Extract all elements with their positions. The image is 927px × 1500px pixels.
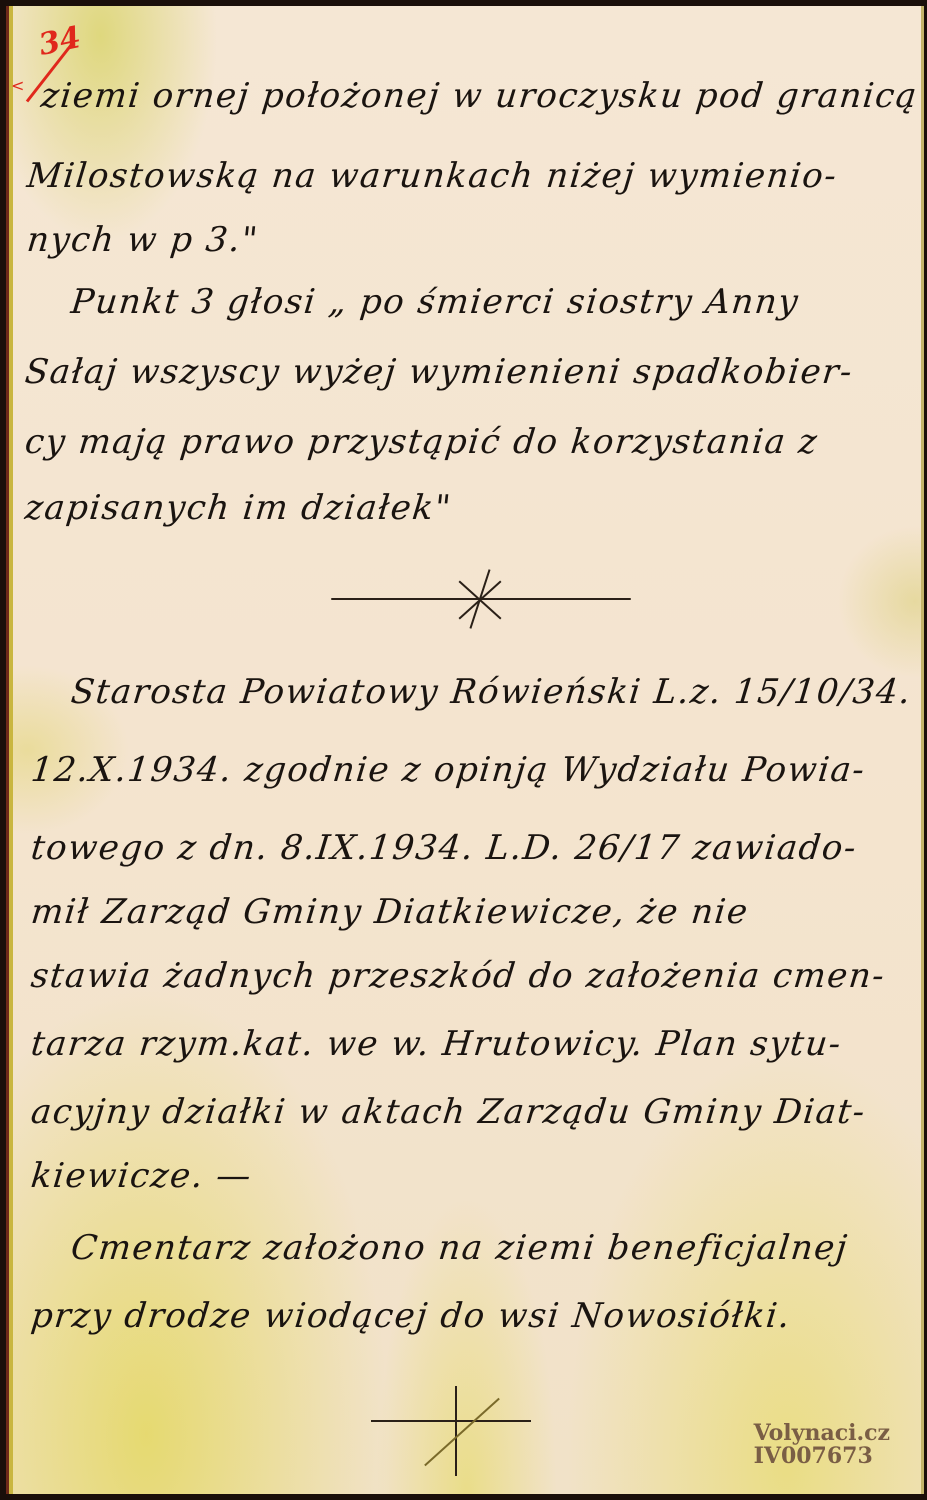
archive-watermark: Volynaci.cz IV007673 — [754, 1422, 890, 1468]
text-line: nych w p 3." — [25, 220, 908, 260]
end-cross-diagonal — [424, 1398, 500, 1466]
scanned-document-page: < 34 ziemi ornej położonej w uroczysku p… — [6, 6, 924, 1494]
text-line: mił Zarząd Gminy Diatkiewicze, że nie — [29, 892, 908, 932]
text-line: zapisanych im działek" — [23, 488, 908, 528]
text-line: przy drodze wiodącej do wsi Nowosiółki. — [29, 1296, 908, 1336]
text-line: Punkt 3 głosi „ po śmierci siostry Anny — [69, 282, 908, 322]
margin-mark: < — [11, 76, 24, 95]
text-line: Starosta Powiatowy Rówieński L.z. 15/10/… — [69, 672, 908, 712]
text-line: ziemi ornej położonej w uroczysku pod gr… — [39, 76, 908, 116]
text-line: 12.X.1934. zgodnie z opinją Wydziału Pow… — [29, 750, 908, 790]
end-cross-horizontal — [371, 1420, 531, 1422]
watermark-id: IV007673 — [754, 1445, 890, 1468]
text-line: cy mają prawo przystąpić do korzystania … — [23, 422, 908, 462]
text-line: acyjny działki w aktach Zarządu Gminy Di… — [29, 1092, 908, 1132]
text-line: kiewicze. — — [29, 1156, 908, 1196]
text-line: towego z dn. 8.IX.1934. L.D. 26/17 zawia… — [29, 828, 908, 868]
text-line: Sałaj wszyscy wyżej wymienieni spadkobie… — [23, 352, 908, 392]
text-line: tarza rzym.kat. we w. Hrutowicy. Plan sy… — [29, 1024, 908, 1064]
text-line: Milostowską na warunkach niżej wymienio- — [25, 156, 908, 196]
end-cross-icon — [455, 1386, 457, 1476]
watermark-site: Volynaci.cz — [754, 1422, 890, 1445]
text-line: Cmentarz założono na ziemi beneficjalnej — [69, 1228, 908, 1268]
text-line: stawia żadnych przeszkód do założenia cm… — [29, 956, 908, 996]
